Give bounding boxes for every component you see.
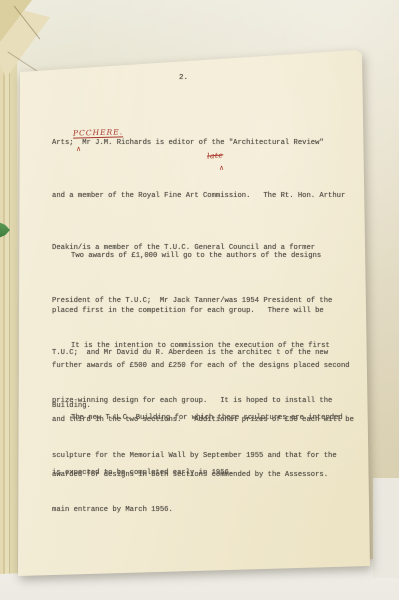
typed-line: is expected to be completed early in 195… [52, 464, 362, 482]
typed-line: It is the intention to commission the ex… [52, 337, 362, 355]
handwritten-date-correction-struck: late [207, 150, 224, 160]
paragraph-building-completion: The new T.U.C. Building for which these … [52, 373, 362, 519]
paper-stack-edge [0, 0, 17, 578]
underlying-sheet-right-edge [373, 478, 399, 578]
photo-background: 2. Arts; Mr J.M. Richards is editor of t… [0, 0, 399, 600]
typed-line: and a member of the Royal Fine Art Commi… [52, 188, 362, 206]
handwritten-name-correction: PCCHERE. [73, 127, 123, 138]
insertion-caret: ∧ [76, 145, 81, 153]
page-left-edge-shadow [17, 78, 19, 378]
typed-line: Two awards of £1,000 will go to the auth… [52, 247, 362, 265]
typed-line: The new T.U.C. Building for which these … [52, 409, 362, 427]
document-page: 2. Arts; Mr J.M. Richards is editor of t… [10, 44, 374, 580]
insertion-caret: ∧ [219, 164, 224, 172]
page-number: 2. [179, 74, 188, 82]
